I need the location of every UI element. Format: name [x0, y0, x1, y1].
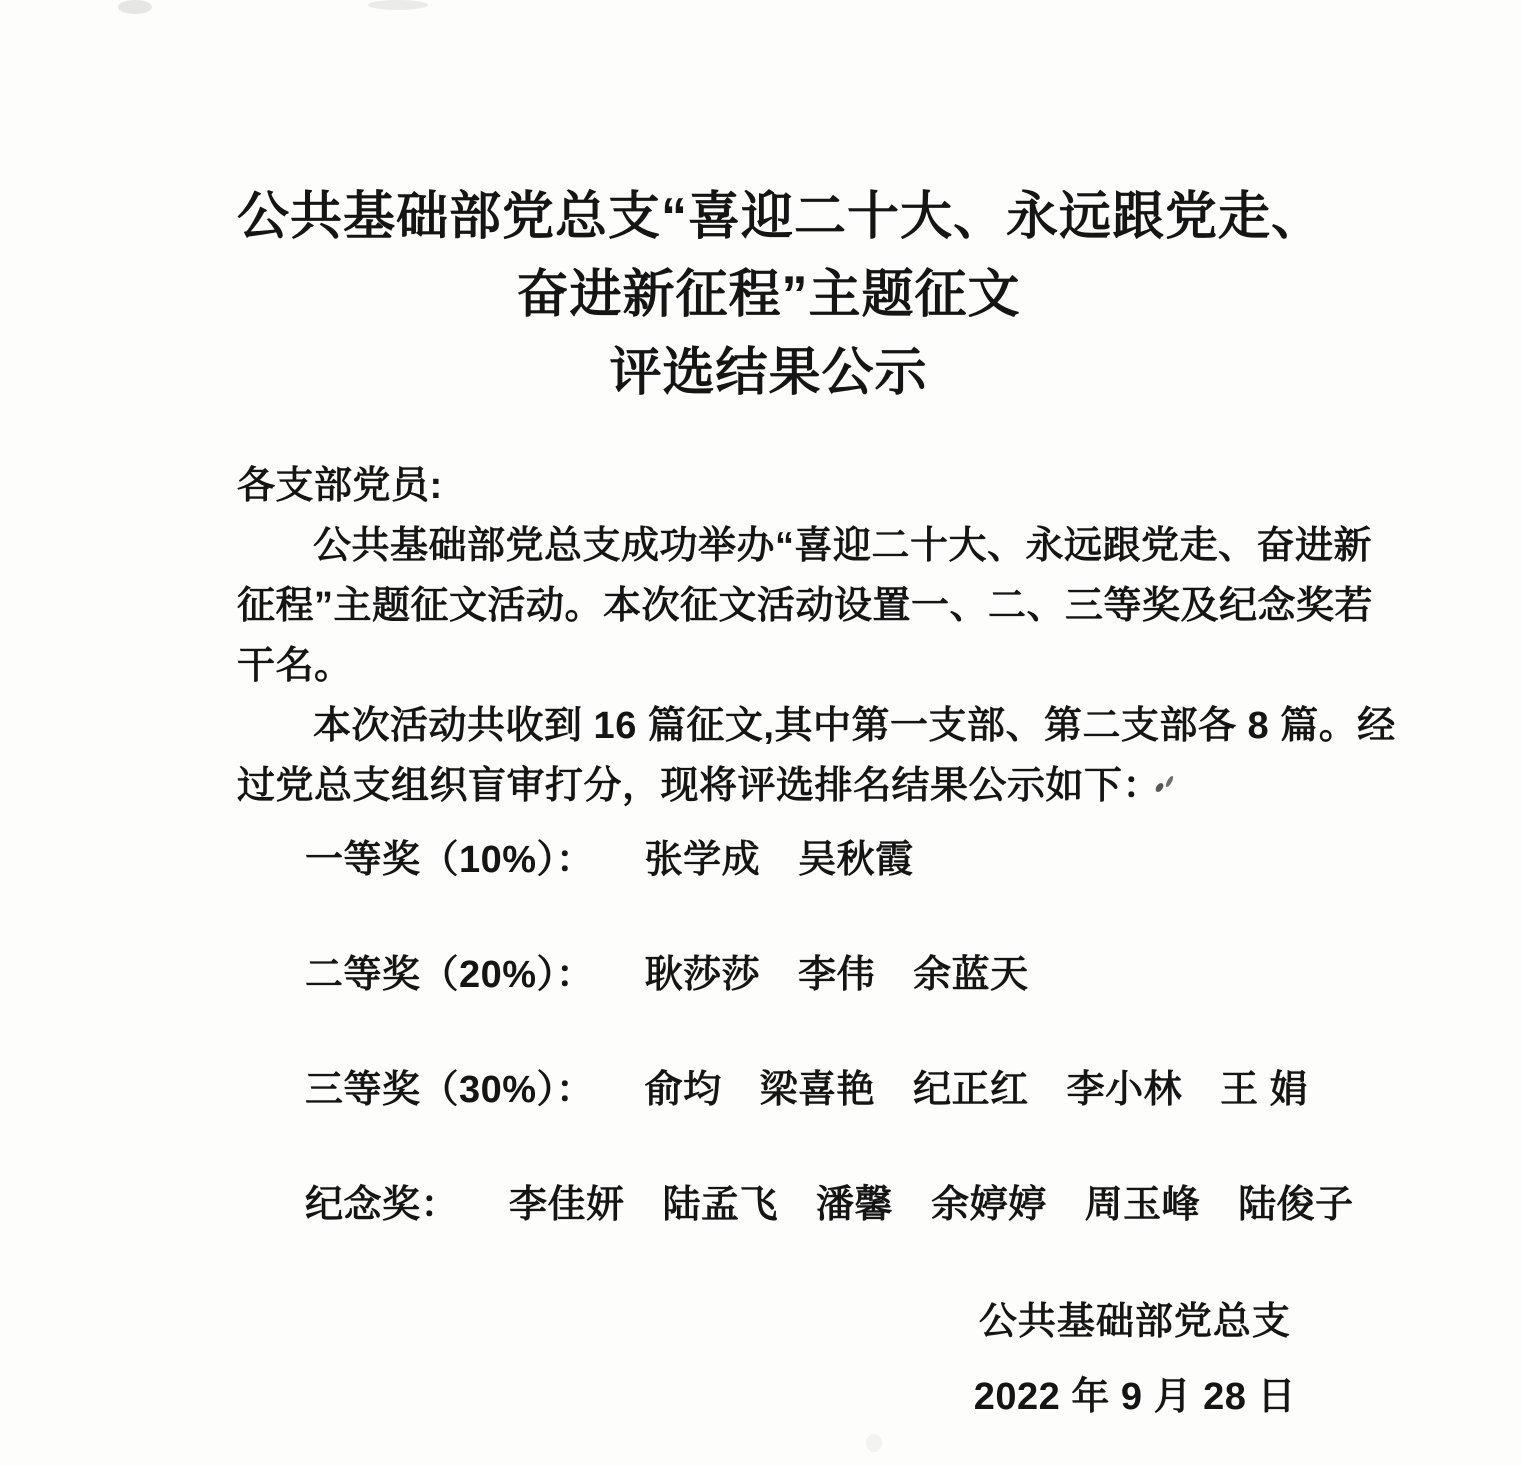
- award-row-first-prize: 一等奖（10%）： 张学成 吴秋霞: [237, 830, 1300, 890]
- document-page: 公共基础部党总支“喜迎二十大、永远跟党走、 奋进新征程”主题征文 评选结果公示 …: [0, 0, 1521, 1466]
- award-row-third-prize: 三等奖（30%）： 俞均 梁喜艳 纪正红 李小林 王 娟: [237, 1060, 1300, 1120]
- signature-date: 2022 年 9 月 28 日: [974, 1367, 1296, 1427]
- signature-block: 公共基础部党总支 2022 年 9 月 28 日: [974, 1292, 1296, 1427]
- award-winner-name: 李佳妍: [509, 1175, 625, 1235]
- award-winner-name: 吴秋霞: [798, 830, 914, 890]
- paragraph-2-line-2: 过党总支组织盲审打分，现将评选排名结果公示如下：: [237, 756, 1300, 816]
- award-winner-name: 耿莎莎: [645, 945, 761, 1005]
- award-label-second-prize: 二等奖（20%）：: [305, 945, 595, 1005]
- paragraph-1-line-1: 公共基础部党总支成功举办“喜迎二十大、永远跟党走、奋进新: [237, 516, 1300, 576]
- award-winner-name: 李小林: [1067, 1060, 1183, 1120]
- award-label-first-prize: 一等奖（10%）：: [305, 830, 595, 890]
- award-winner-name: 潘馨: [816, 1175, 893, 1235]
- award-winner-name: 余蓝天: [913, 945, 1029, 1005]
- paragraph-2: 本次活动共收到 16 篇征文,其中第一支部、第二支部各 8 篇。经 过党总支组织…: [237, 696, 1300, 816]
- award-winner-name: 俞均: [645, 1060, 722, 1120]
- award-row-commemorative-prize: 纪念奖： 李佳妍 陆孟飞 潘馨 余婷婷 周玉峰 陆俊子: [237, 1175, 1300, 1235]
- award-row-second-prize: 二等奖（20%）： 耿莎莎 李伟 余蓝天: [237, 945, 1300, 1005]
- award-winner-name: 王 娟: [1220, 1060, 1308, 1120]
- paragraph-1-line-2: 征程”主题征文活动。本次征文活动设置一、二、三等奖及纪念奖若: [237, 576, 1300, 636]
- title-line-2: 奋进新征程”主题征文: [237, 256, 1300, 334]
- scan-artifact: [118, 0, 152, 14]
- paragraph-2-line-1: 本次活动共收到 16 篇征文,其中第一支部、第二支部各 8 篇。经: [237, 696, 1300, 756]
- paragraph-1-line-3: 干名。: [237, 636, 1300, 696]
- award-winner-name: 纪正红: [913, 1060, 1029, 1120]
- award-winner-name: 李伟: [798, 945, 875, 1005]
- award-label-third-prize: 三等奖（30%）：: [305, 1060, 595, 1120]
- award-winner-name: 陆孟飞: [663, 1175, 779, 1235]
- salutation: 各支部党员:: [237, 456, 1300, 516]
- award-winner-name: 梁喜艳: [760, 1060, 876, 1120]
- scan-artifact: [368, 0, 428, 10]
- paragraph-1: 公共基础部党总支成功举办“喜迎二十大、永远跟党走、奋进新 征程”主题征文活动。本…: [237, 516, 1300, 696]
- award-label-commemorative-prize: 纪念奖：: [305, 1175, 459, 1235]
- award-winner-name: 余婷婷: [931, 1175, 1047, 1235]
- scan-artifact: [866, 1434, 882, 1452]
- award-winner-name: 张学成: [645, 830, 761, 890]
- signature-org: 公共基础部党总支: [974, 1292, 1296, 1352]
- award-winner-name: 陆俊子: [1238, 1175, 1354, 1235]
- title-line-3: 评选结果公示: [237, 334, 1300, 412]
- title-line-1: 公共基础部党总支“喜迎二十大、永远跟党走、: [237, 178, 1300, 256]
- document-title: 公共基础部党总支“喜迎二十大、永远跟党走、 奋进新征程”主题征文 评选结果公示: [237, 178, 1300, 412]
- award-winner-name: 周玉峰: [1085, 1175, 1201, 1235]
